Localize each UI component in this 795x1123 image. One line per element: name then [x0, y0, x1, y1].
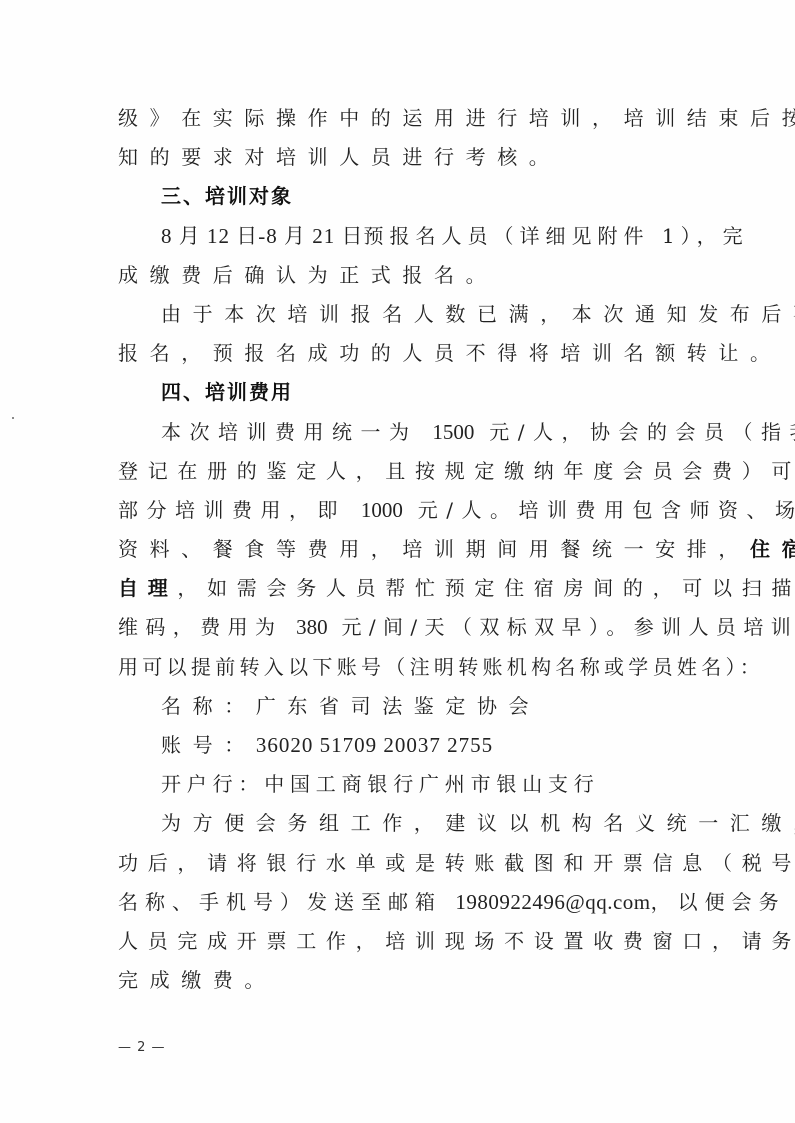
text-line: 人员完成开票工作，培训现场不设置收费窗口，请务必提前	[118, 929, 795, 953]
text-line: 名称、手机号）发送至邮箱	[118, 890, 442, 914]
account-number-line: 账号：36020 51709 20037 2755	[118, 726, 674, 765]
text-line: 元/人，协会的会员（指我省	[489, 420, 795, 444]
email-address[interactable]: 1980922496@qq.com	[455, 890, 650, 914]
text-line: 本次培训费用统一为	[161, 420, 418, 444]
field-label: 账号：	[161, 733, 256, 757]
fee-amount: 1500	[432, 420, 474, 444]
paragraph-line: 成缴费后确认为正式报名。	[118, 256, 674, 295]
text-line: 为方便会务组工作，建议以机构名义统一汇缴，转账成	[161, 811, 795, 835]
text-line: 预报名人员（详细见附件 1），完	[364, 224, 749, 248]
paragraph-line: 维码，费用为 380 元/间/天（双标双早）。参训人员培训费	[118, 608, 674, 647]
text-line: 知的要求对培训人员进行考核。	[118, 145, 560, 169]
bold-text: 自理	[118, 576, 177, 600]
paragraph-line: 完成缴费。	[118, 961, 674, 1000]
text-line: 成缴费后确认为正式报名。	[118, 263, 497, 287]
text-line: ，以便会务	[651, 890, 786, 914]
paragraph-line: 本次培训费用统一为 1500 元/人，协会的会员（指我省	[118, 413, 674, 452]
text-line: ，如需会务人员帮忙预定住宿房间的，可以扫描以下二	[177, 576, 795, 600]
document-body: 级》在实际操作中的运用进行培训，培训结束后按照两个通 知的要求对培训人员进行考核…	[118, 99, 674, 1000]
member-fee-amount: 1000	[361, 498, 403, 522]
text-line: 级》在实际操作中的运用进行培训，培训结束后按照两个通	[118, 106, 795, 130]
paragraph-line: 知的要求对培训人员进行考核。	[118, 138, 674, 177]
text-line: 登记在册的鉴定人，且按规定缴纳年度会员会费）可以减免	[118, 459, 795, 483]
bank-line: 开户行：中国工商银行广州市银山支行	[118, 765, 674, 804]
heading-text: 三、培训对象	[161, 184, 293, 208]
paragraph-line: 级》在实际操作中的运用进行培训，培训结束后按照两个通	[118, 99, 674, 138]
paragraph-line: 名称、手机号）发送至邮箱 1980922496@qq.com，以便会务	[118, 883, 674, 922]
document-page: 级》在实际操作中的运用进行培训，培训结束后按照两个通 知的要求对培训人员进行考核…	[0, 0, 795, 1123]
paragraph-line: 报名，预报名成功的人员不得将培训名额转让。	[118, 334, 674, 373]
text-line: 由于本次培训报名人数已满，本次通知发布后不再接受	[161, 302, 795, 326]
paragraph-line: 登记在册的鉴定人，且按规定缴纳年度会员会费）可以减免	[118, 452, 674, 491]
paragraph-line: 为方便会务组工作，建议以机构名义统一汇缴，转账成	[118, 804, 674, 843]
account-name-line: 名称：广东省司法鉴定协会	[118, 687, 674, 726]
text-line: 报名，预报名成功的人员不得将培训名额转让。	[118, 341, 782, 365]
bank-name: 中国工商银行广州市银山支行	[264, 772, 599, 796]
scan-artifact	[12, 417, 14, 419]
paragraph-line: 8 月 12 日-8 月 21 日预报名人员（详细见附件 1），完	[118, 217, 674, 256]
page-number: — 2 —	[118, 1040, 166, 1055]
text-line: 用可以提前转入以下账号（注明转账机构名称或学员姓名）：	[118, 655, 764, 679]
text-line: 维码，费用为	[118, 615, 282, 639]
text-line: 部分培训费用，即	[118, 498, 346, 522]
text-line: 功后，请将银行水单或是转账截图和开票信息（税号、单位	[118, 851, 795, 875]
account-number: 36020 51709 20037 2755	[256, 733, 493, 757]
field-label: 开户行：	[161, 772, 264, 796]
room-fee-amount: 380	[296, 615, 328, 639]
heading-text: 四、培训费用	[161, 380, 293, 404]
section-heading-training-fee: 四、培训费用	[118, 373, 674, 412]
text-line: 元/间/天（双标双早）。参训人员培训费	[341, 615, 795, 639]
text-line: 元/人。培训费用包含师资、场地、	[418, 498, 795, 522]
paragraph-line: 自理，如需会务人员帮忙预定住宿房间的，可以扫描以下二	[118, 569, 674, 608]
date-range: 8 月 12 日-8 月 21 日	[161, 224, 364, 248]
text-line: 完成缴费。	[118, 968, 276, 992]
paragraph-line: 功后，请将银行水单或是转账截图和开票信息（税号、单位	[118, 844, 674, 883]
paragraph-line: 人员完成开票工作，培训现场不设置收费窗口，请务必提前	[118, 922, 674, 961]
text-line: 资料、餐食等费用，培训期间用餐统一安排，	[118, 537, 750, 561]
bold-text: 住宿需由个人	[750, 537, 795, 561]
paragraph-line: 由于本次培训报名人数已满，本次通知发布后不再接受	[118, 295, 674, 334]
field-label: 名称：	[161, 694, 256, 718]
section-heading-training-target: 三、培训对象	[118, 177, 674, 216]
paragraph-line: 资料、餐食等费用，培训期间用餐统一安排，住宿需由个人	[118, 530, 674, 569]
account-name: 广东省司法鉴定协会	[256, 694, 540, 718]
paragraph-line: 部分培训费用，即 1000 元/人。培训费用包含师资、场地、	[118, 491, 674, 530]
paragraph-line: 用可以提前转入以下账号（注明转账机构名称或学员姓名）：	[118, 648, 674, 687]
